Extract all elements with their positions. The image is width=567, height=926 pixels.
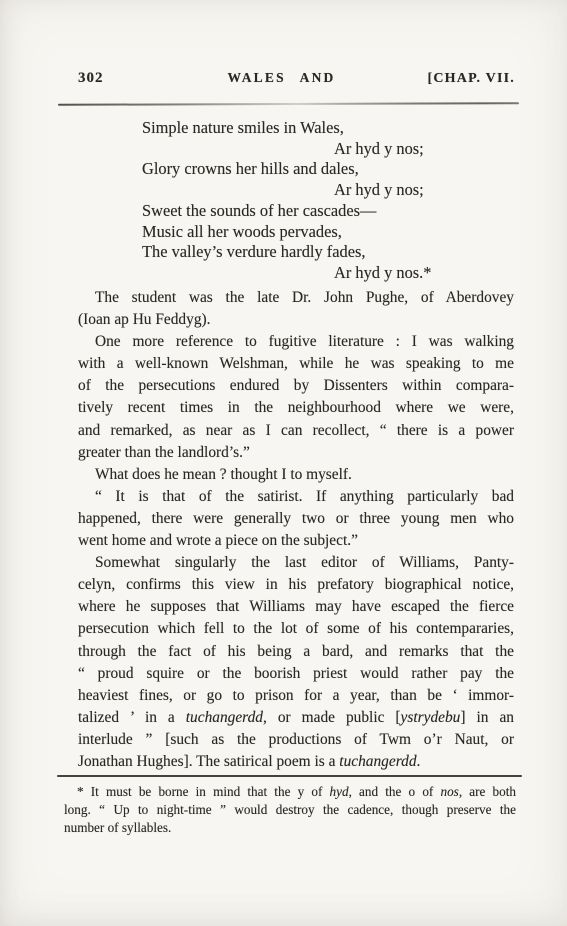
text-line: heaviest fines, or go to prison for a ye… bbox=[78, 685, 514, 707]
text-segment: ] in an bbox=[460, 709, 514, 726]
text-segment: The student was the late Dr. John Pughe,… bbox=[95, 289, 514, 306]
header-rule bbox=[58, 102, 519, 106]
text-segment: Glory crowns her hills and dales, bbox=[142, 159, 359, 178]
text-segment: interlude ” [such as the productions of … bbox=[78, 731, 514, 748]
text-segment: celyn, confirms this view in his prefato… bbox=[78, 576, 514, 593]
text-segment: of the persecutions endured by Dissenter… bbox=[78, 377, 514, 394]
paragraph: One more reference to fugitive literatur… bbox=[78, 331, 514, 464]
text-line: (Ioan ap Hu Feddyg). bbox=[78, 309, 514, 331]
text-segment: * It must be borne in mind that the y of bbox=[77, 784, 330, 799]
text-segment: tuchangerdd bbox=[339, 753, 416, 770]
poem-line: Sweet the sounds of her cascades— bbox=[142, 201, 515, 222]
text-line: The student was the late Dr. John Pughe,… bbox=[78, 287, 514, 309]
text-segment: happened, there were generally two or th… bbox=[78, 510, 514, 527]
text-segment: where he supposes that Williams may have… bbox=[78, 598, 514, 615]
text-segment: heaviest fines, or go to prison for a ye… bbox=[78, 687, 514, 704]
text-line: through the fact of his being a bard, an… bbox=[78, 641, 514, 663]
running-title: WALES AND bbox=[78, 70, 485, 86]
text-segment: . bbox=[417, 753, 421, 770]
text-line: where he supposes that Williams may have… bbox=[78, 596, 514, 618]
paragraph: What does he mean ? thought I to myself. bbox=[78, 464, 514, 486]
text-segment: tively recent times in the neighbourhood… bbox=[78, 399, 514, 416]
text-line: interlude ” [such as the productions of … bbox=[78, 729, 514, 751]
text-segment: Jonathan Hughes]. The satirical poem is … bbox=[78, 753, 339, 770]
text-line: celyn, confirms this view in his prefato… bbox=[78, 574, 514, 596]
text-segment: talized ’ in a bbox=[78, 709, 186, 726]
text-line: went home and wrote a piece on the subje… bbox=[78, 530, 514, 552]
text-segment: Ar hyd y nos; bbox=[334, 180, 424, 199]
text-segment: went home and wrote a piece on the subje… bbox=[78, 532, 358, 549]
text-segment: ystrydebu bbox=[401, 709, 461, 726]
text-segment: Somewhat singularly the last editor of W… bbox=[95, 554, 514, 571]
text-line: “ It is that of the satirist. If anythin… bbox=[78, 486, 514, 508]
footnote-line: long. “ Up to night-time ” would destroy… bbox=[64, 801, 516, 819]
text-segment: hyd bbox=[330, 784, 349, 799]
text-line: with a well-known Welshman, while he was… bbox=[78, 353, 514, 375]
text-line: and remarked, as near as I can recollect… bbox=[78, 420, 514, 442]
book-page: 302 WALES AND [CHAP. VII. Simple nature … bbox=[0, 0, 567, 926]
body-text: The student was the late Dr. John Pughe,… bbox=[78, 287, 514, 773]
footnote: * It must be borne in mind that the y of… bbox=[64, 783, 516, 837]
text-segment: Sweet the sounds of her cascades— bbox=[142, 201, 376, 220]
text-segment: (Ioan ap Hu Feddyg). bbox=[78, 311, 211, 328]
footnote-line: number of syllables. bbox=[64, 819, 516, 837]
text-segment: Ar hyd y nos.* bbox=[334, 263, 431, 282]
poem-line: The valley’s verdure hardly fades, bbox=[142, 242, 515, 263]
poem-block: Simple nature smiles in Wales,Ar hyd y n… bbox=[78, 118, 515, 284]
poem-line: Music all her woods pervades, bbox=[142, 222, 515, 243]
text-segment: Music all her woods pervades, bbox=[142, 222, 342, 241]
text-segment: Ar hyd y nos; bbox=[334, 139, 424, 158]
text-segment: What does he mean ? thought I to myself. bbox=[95, 466, 352, 483]
text-segment: persecution which fell to the lot of som… bbox=[78, 620, 514, 637]
text-line: happened, there were generally two or th… bbox=[78, 508, 514, 530]
text-segment: “ proud squire or the boorish priest wou… bbox=[78, 665, 514, 682]
text-segment: “ It is that of the satirist. If anythin… bbox=[95, 488, 514, 505]
text-line: What does he mean ? thought I to myself. bbox=[78, 464, 514, 486]
text-segment: and remarked, as near as I can recollect… bbox=[78, 422, 514, 439]
text-segment: nos bbox=[440, 784, 458, 799]
text-line: greater than the landlord’s.” bbox=[78, 442, 514, 464]
text-segment: greater than the landlord’s.” bbox=[78, 444, 250, 461]
page-header: 302 WALES AND [CHAP. VII. bbox=[78, 70, 515, 87]
text-segment: long. “ Up to night-time ” would destroy… bbox=[64, 802, 516, 817]
text-segment: One more reference to fugitive literatur… bbox=[95, 333, 514, 350]
paragraph: “ It is that of the satirist. If anythin… bbox=[78, 486, 514, 552]
text-segment: through the fact of his being a bard, an… bbox=[78, 643, 514, 660]
text-line: One more reference to fugitive literatur… bbox=[78, 331, 514, 353]
footnote-line: * It must be borne in mind that the y of… bbox=[64, 783, 516, 801]
text-line: Somewhat singularly the last editor of W… bbox=[78, 552, 514, 574]
text-line: talized ’ in a tuchangerdd, or made publ… bbox=[78, 707, 514, 729]
text-line: Jonathan Hughes]. The satirical poem is … bbox=[78, 751, 514, 773]
text-segment: , are both bbox=[459, 784, 516, 799]
paragraph: Somewhat singularly the last editor of W… bbox=[78, 552, 514, 773]
poem-line: Glory crowns her hills and dales, bbox=[142, 159, 515, 180]
text-segment: tuchangerdd bbox=[186, 709, 263, 726]
poem-line: Simple nature smiles in Wales, bbox=[142, 118, 515, 139]
paragraph: The student was the late Dr. John Pughe,… bbox=[78, 287, 514, 331]
text-segment: , and the o of bbox=[349, 784, 441, 799]
text-line: persecution which fell to the lot of som… bbox=[78, 618, 514, 640]
poem-line: Ar hyd y nos; bbox=[334, 180, 515, 201]
text-segment: number of syllables. bbox=[64, 820, 171, 835]
text-line: “ proud squire or the boorish priest wou… bbox=[78, 663, 514, 685]
footnote-rule bbox=[57, 775, 522, 777]
text-segment: with a well-known Welshman, while he was… bbox=[78, 355, 514, 372]
text-line: of the persecutions endured by Dissenter… bbox=[78, 375, 514, 397]
poem-line: Ar hyd y nos.* bbox=[334, 263, 515, 284]
text-line: tively recent times in the neighbourhood… bbox=[78, 397, 514, 419]
text-segment: The valley’s verdure hardly fades, bbox=[142, 242, 365, 261]
text-segment: Simple nature smiles in Wales, bbox=[142, 118, 344, 137]
text-segment: , or made public [ bbox=[263, 709, 401, 726]
poem-line: Ar hyd y nos; bbox=[334, 139, 515, 160]
